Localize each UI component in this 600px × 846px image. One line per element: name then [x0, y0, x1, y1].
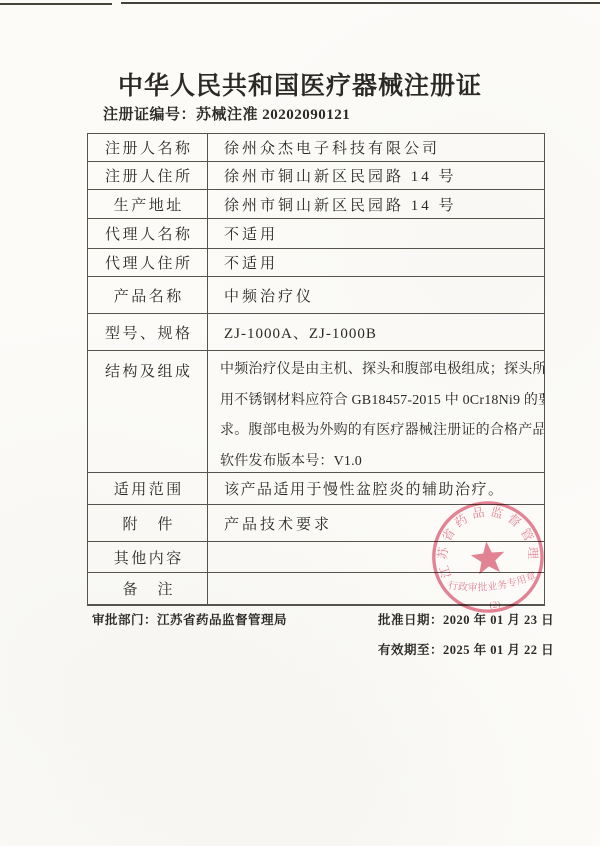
- row-value: 产品技术要求: [208, 505, 544, 541]
- row-production-address: 生产地址 徐州市铜山新区民园路 14 号: [88, 189, 544, 218]
- row-label: 产品名称: [88, 277, 208, 313]
- approval-department-line: 审批部门：江苏省药品监督管理局: [92, 610, 287, 628]
- certificate-table: 注册人名称 徐州众杰电子科技有限公司 注册人住所 徐州市铜山新区民园路 14 号…: [87, 133, 545, 606]
- row-agent-address: 代理人住所 不适用: [88, 248, 544, 276]
- scan-artifact-line: [0, 3, 112, 5]
- registration-number-value: 苏械注准 20202090121: [196, 107, 350, 123]
- row-value: 中频治疗仪是由主机、探头和腹部电极组成；探头所 用不锈钢材料应符合 GB1845…: [208, 351, 544, 472]
- certificate-title: 中华人民共和国医疗器械注册证: [0, 66, 600, 102]
- approval-department-label: 审批部门：: [92, 613, 157, 627]
- row-registrant-name: 注册人名称 徐州众杰电子科技有限公司: [88, 134, 544, 161]
- scan-artifact-line: [121, 2, 600, 4]
- row-label: 注册人名称: [88, 134, 208, 161]
- footer-dates: 批准日期：2020 年 01 月 23 日 有效期至：2025 年 01 月 2…: [378, 610, 554, 670]
- registration-number-label: 注册证编号：: [103, 107, 196, 123]
- certificate-page: 中华人民共和国医疗器械注册证 注册证编号：苏械注准 20202090121 注册…: [0, 0, 600, 846]
- row-label: 其他内容: [88, 542, 208, 572]
- row-attachment: 附 件 产品技术要求: [88, 504, 544, 541]
- row-label: 代理人住所: [88, 249, 208, 276]
- registration-number-line: 注册证编号：苏械注准 20202090121: [103, 103, 350, 124]
- row-model-spec: 型号、规格 ZJ-1000A、ZJ-1000B: [88, 313, 544, 350]
- row-structure-composition: 结构及组成 中频治疗仪是由主机、探头和腹部电极组成；探头所 用不锈钢材料应符合 …: [88, 350, 544, 472]
- row-value: 不适用: [208, 219, 544, 248]
- structure-line: 求。腹部电极为外购的有医疗器械注册证的合格产品。: [220, 416, 540, 447]
- row-product-name: 产品名称 中频治疗仪: [88, 276, 544, 313]
- row-remarks: 备 注: [88, 572, 544, 604]
- row-label: 备 注: [88, 573, 208, 604]
- valid-until-line: 有效期至：2025 年 01 月 22 日: [378, 640, 554, 658]
- row-value: [208, 573, 544, 604]
- row-label: 型号、规格: [88, 314, 208, 350]
- structure-line: 中频治疗仪是由主机、探头和腹部电极组成；探头所: [220, 355, 540, 386]
- row-label: 附 件: [88, 505, 208, 541]
- row-value: ZJ-1000A、ZJ-1000B: [208, 314, 544, 350]
- row-label: 生产地址: [88, 190, 208, 218]
- row-agent-name: 代理人名称 不适用: [88, 218, 544, 248]
- row-value: 徐州市铜山新区民园路 14 号: [208, 190, 544, 218]
- approval-date-value: 2020 年 01 月 23 日: [443, 613, 554, 627]
- valid-until-value: 2025 年 01 月 22 日: [443, 643, 554, 657]
- row-label: 适用范围: [88, 473, 208, 504]
- row-value: 中频治疗仪: [208, 277, 544, 313]
- approval-date-label: 批准日期：: [378, 613, 443, 627]
- row-label: 结构及组成: [88, 351, 208, 472]
- structure-line: 用不锈钢材料应符合 GB18457-2015 中 0Cr18Ni9 的要: [220, 386, 540, 417]
- row-value: [208, 542, 544, 572]
- valid-until-label: 有效期至：: [378, 643, 443, 657]
- row-value: 徐州众杰电子科技有限公司: [208, 134, 544, 161]
- row-intended-use: 适用范围 该产品适用于慢性盆腔炎的辅助治疗。: [88, 472, 544, 504]
- structure-line: 软件发布版本号：V1.0: [220, 447, 540, 473]
- row-value: 不适用: [208, 249, 544, 276]
- row-label: 代理人名称: [88, 219, 208, 248]
- approval-date-line: 批准日期：2020 年 01 月 23 日: [378, 610, 554, 628]
- row-value: 该产品适用于慢性盆腔炎的辅助治疗。: [208, 473, 544, 504]
- row-registrant-address: 注册人住所 徐州市铜山新区民园路 14 号: [88, 161, 544, 189]
- approval-department-value: 江苏省药品监督管理局: [157, 613, 287, 627]
- row-label: 注册人住所: [88, 162, 208, 189]
- row-other-content: 其他内容: [88, 541, 544, 572]
- row-value: 徐州市铜山新区民园路 14 号: [208, 162, 544, 189]
